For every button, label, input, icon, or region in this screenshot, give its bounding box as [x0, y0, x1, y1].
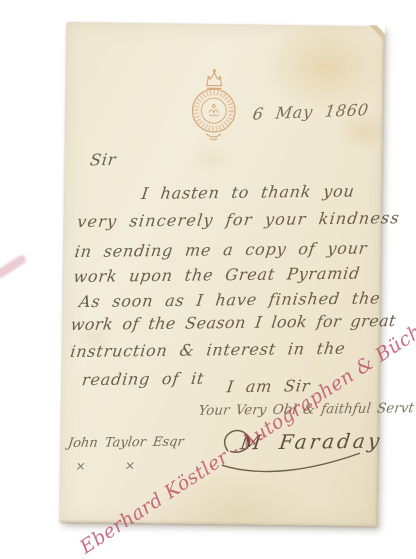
letter-line: very sincerely for your kindness	[76, 208, 401, 231]
letter-line: in sending me a copy of your	[74, 239, 369, 262]
letter-line: reading of it	[81, 369, 206, 390]
salutation: Sir	[89, 150, 118, 169]
watermark-fragment	[0, 253, 28, 279]
addressee: John Taylor Esqr	[67, 435, 185, 451]
folded-corner	[369, 25, 385, 41]
closing-i-am-sir: I am Sir	[226, 376, 312, 396]
letter-line: As soon as I have finished the	[78, 288, 382, 311]
letter-line: I hasten to thank you	[140, 181, 355, 203]
addressee-marks: × ×	[75, 458, 137, 473]
letter-line: instruction & interest in the	[69, 339, 346, 361]
crown-seal-icon	[185, 66, 242, 145]
letter-line: work of the Season I look for great	[70, 311, 397, 334]
letter-line: work upon the Great Pyramid	[72, 264, 361, 287]
letter-date: 6 May 1860	[252, 100, 371, 124]
letter-photo: 6 May 1860 Sir I hasten to thank you ver…	[0, 0, 416, 559]
